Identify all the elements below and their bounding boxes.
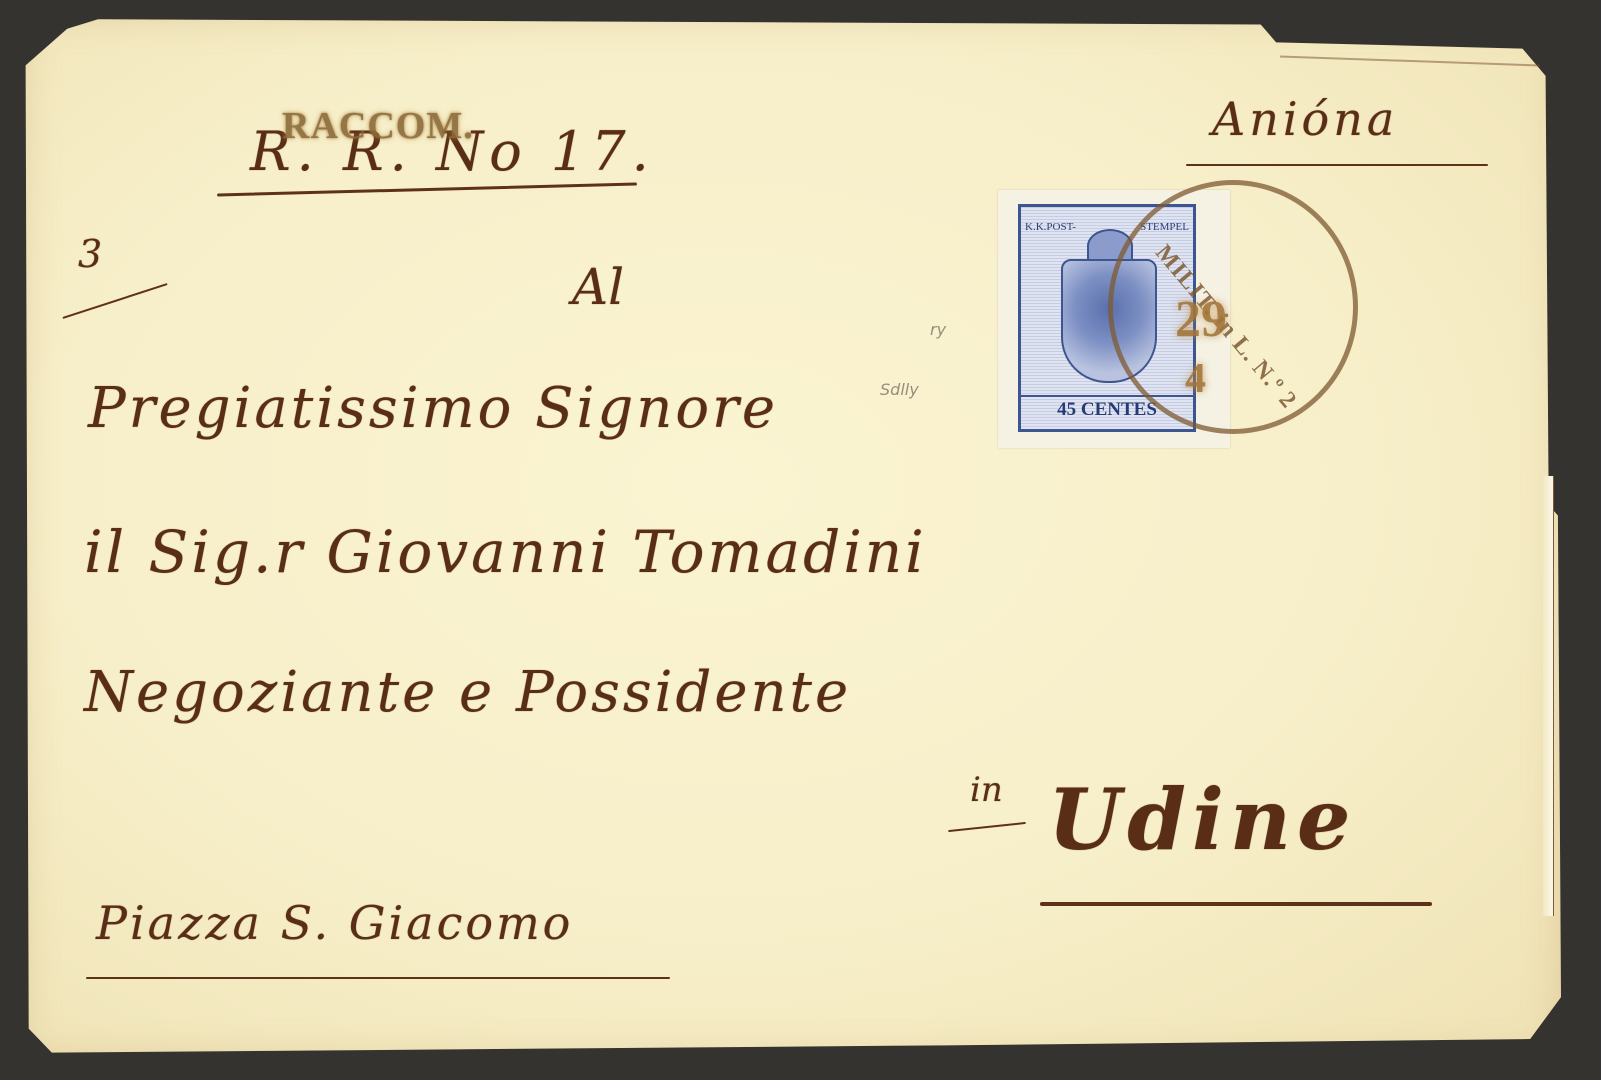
postmark-day: 29 bbox=[1175, 290, 1227, 349]
rate-mark: 3 bbox=[78, 232, 102, 276]
address-line-al: Al bbox=[572, 258, 624, 316]
folded-edge bbox=[1543, 476, 1554, 916]
origin-underline bbox=[1186, 164, 1488, 166]
address-line-3: Negoziante e Possidente bbox=[84, 660, 851, 725]
address-line-5: Piazza S. Giacomo bbox=[96, 896, 573, 950]
address-line-1: Pregiatissimo Signore bbox=[88, 376, 778, 441]
postmark-circle bbox=[1108, 180, 1358, 434]
address-in-prefix: in bbox=[970, 770, 1003, 810]
origin-manuscript: Anióna bbox=[1212, 92, 1398, 146]
city-underline bbox=[1040, 902, 1432, 906]
address-city: Udine bbox=[1048, 770, 1356, 869]
raccom-handstamp: RACCOM. bbox=[282, 104, 474, 148]
street-underline bbox=[86, 977, 670, 979]
pencil-note-2: Sdlly bbox=[880, 380, 919, 399]
address-line-2: il Sig.r Giovanni Tomadini bbox=[84, 518, 927, 586]
pencil-note-1: ry bbox=[930, 320, 946, 339]
postmark-month: 4 bbox=[1185, 355, 1206, 403]
stamp-top-left: K.K.POST- bbox=[1025, 221, 1076, 233]
